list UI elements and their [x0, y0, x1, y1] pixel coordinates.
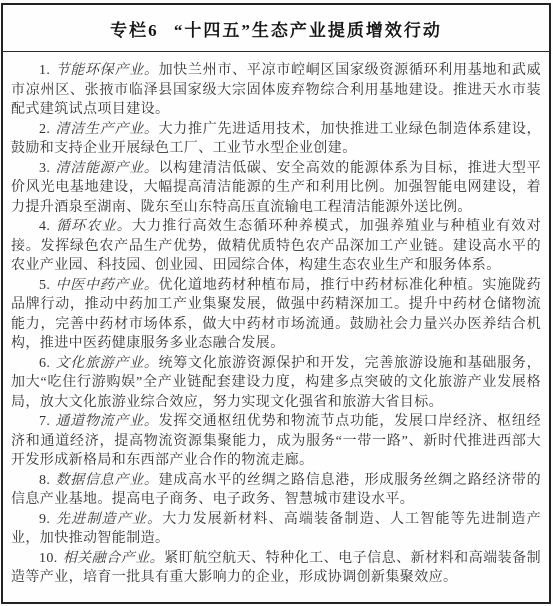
item-category: 节能环保产业。	[55, 63, 158, 78]
item-number: 5.	[39, 278, 50, 293]
item-number: 10.	[39, 551, 58, 566]
list-item: 1.节能环保产业。加快兰州市、平凉市崆峒区国家级资源循环利用基地和武威市凉州区、…	[11, 61, 541, 120]
list-item: 9.先进制造产业。大力发展新材料、高端装备制造、人工智能等先进制造产业，加快推动…	[11, 510, 541, 549]
list-item: 10.相关融合产业。紧盯航空航天、特种化工、电子信息、新材料和高端装备制造等产业…	[11, 549, 541, 588]
item-category: 数据信息产业。	[55, 473, 158, 488]
item-category: 循环农业。	[55, 219, 132, 234]
list-item: 7.通道物流产业。发挥交通枢纽优势和物流节点功能，发展口岸经济、枢纽经济和通道经…	[11, 412, 541, 471]
item-category: 通道物流产业。	[55, 414, 158, 429]
panel-title-text: “十四五”生态产业提质增效行动	[174, 21, 442, 40]
item-number: 8.	[39, 473, 50, 488]
list-item: 2.清洁生产产业。大力推广先进适用技术，加快推进工业绿色制造体系建设，鼓励和支持…	[11, 120, 541, 159]
item-category: 清洁生产产业。	[55, 122, 158, 137]
item-number: 6.	[39, 356, 50, 371]
item-number: 2.	[39, 122, 50, 137]
list-item: 3.清洁能源产业。以构建清洁低碳、安全高效的能源体系为目标，推进大型平价风光电基…	[11, 159, 541, 218]
item-number: 3.	[39, 161, 50, 176]
item-number: 7.	[39, 414, 50, 429]
item-category: 中医中药产业。	[55, 278, 158, 293]
list-item: 8.数据信息产业。建成高水平的丝绸之路信息港，形成服务丝绸之路经济带的信息产业基…	[11, 471, 541, 510]
item-number: 4.	[39, 219, 50, 234]
list-item: 6.文化旅游产业。统筹文化旅游资源保护和开发，完善旅游设施和基础服务，加大“吃住…	[11, 354, 541, 413]
document-page: 专栏6“十四五”生态产业提质增效行动 1.节能环保产业。加快兰州市、平凉市崆峒区…	[0, 0, 553, 606]
item-category: 清洁能源产业。	[55, 161, 158, 176]
item-number: 1.	[39, 63, 50, 78]
item-category: 文化旅游产业。	[55, 356, 158, 371]
list-item: 5.中医中药产业。优化道地药材种植布局，推行中药材标准化种植。实施陇药品牌行动，…	[11, 276, 541, 354]
panel-body: 1.节能环保产业。加快兰州市、平凉市崆峒区国家级资源循环利用基地和武威市凉州区、…	[3, 52, 549, 588]
panel-box: 专栏6“十四五”生态产业提质增效行动 1.节能环保产业。加快兰州市、平凉市崆峒区…	[1, 3, 551, 604]
panel-title: 专栏6“十四五”生态产业提质增效行动	[3, 5, 549, 52]
panel-title-label: 专栏6	[110, 21, 159, 40]
item-category: 先进制造产业。	[55, 512, 162, 527]
item-category: 相关融合产业。	[63, 551, 165, 566]
item-number: 9.	[39, 512, 50, 527]
list-item: 4.循环农业。大力推行高效生态循环种养模式，加强养殖业与种植业有效对接。发挥绿色…	[11, 217, 541, 276]
